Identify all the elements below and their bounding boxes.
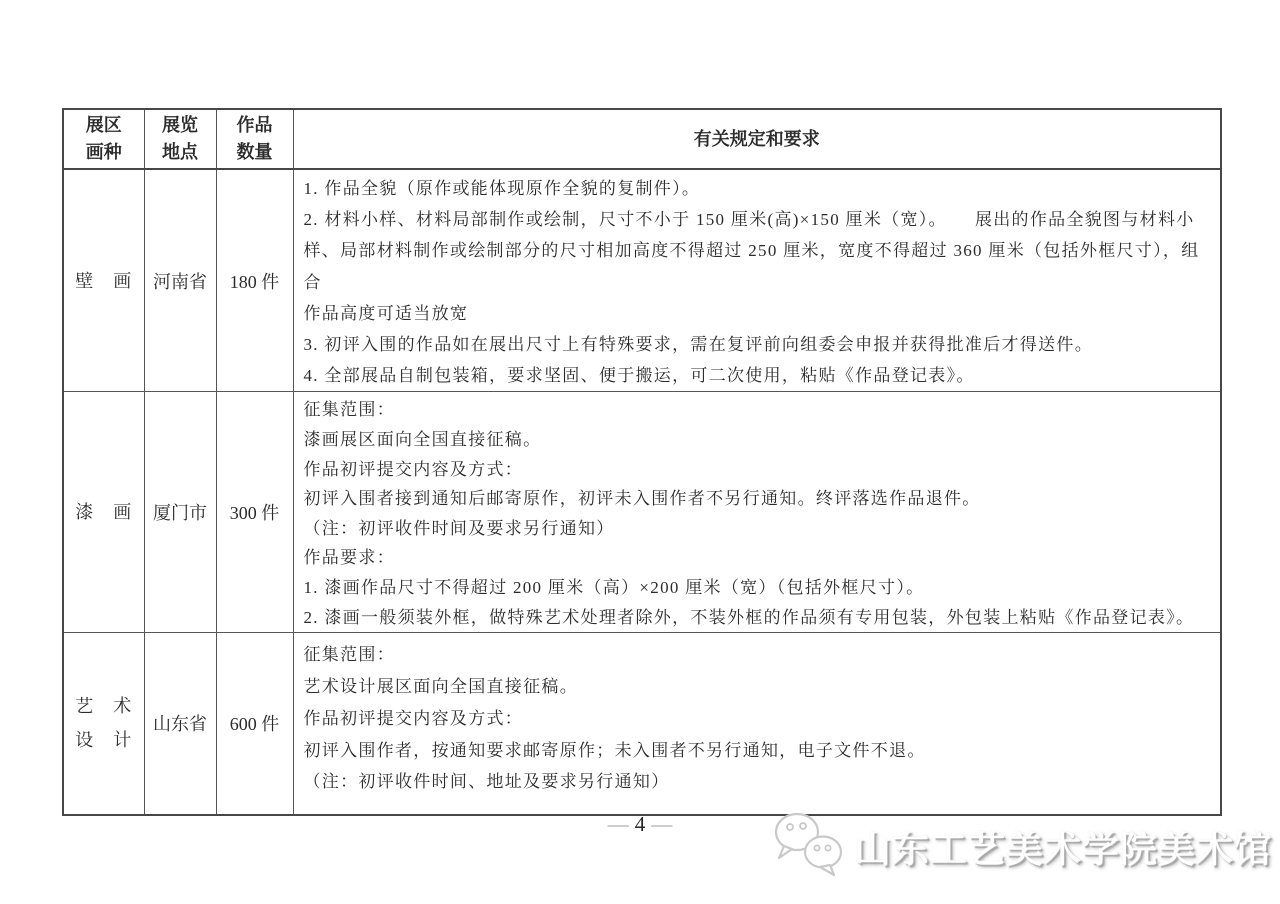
location-cell: 河南省 [144,169,216,392]
location-cell: 厦门市 [144,392,216,633]
requirements-cell: 征集范围： 漆画展区面向全国直接征稿。 作品初评提交内容及方式： 初评入围者接到… [293,392,1221,633]
table-header-row: 展区 画种 展览 地点 作品 数量 有关规定和要求 [63,109,1221,169]
requirement-line: 2. 漆画一般须装外框，做特殊艺术处理者除外，不装外框的作品须有专用包装，外包装… [304,603,1213,633]
requirements-cell: 1. 作品全貌（原作或能体现原作全貌的复制件）。 2. 材料小样、材料局部制作或… [293,169,1221,392]
requirement-line: 初评入围者接到通知后邮寄原作，初评未入围作者不另行通知。终评落选作品退件。 [304,484,1213,514]
category-label: 设 计 [64,723,144,757]
category-label: 漆 画 [64,495,144,529]
requirement-line: 征集范围： [304,395,1213,425]
category-cell: 艺 术 设 计 [63,633,144,815]
category-cell: 壁 画 [63,169,144,392]
requirement-line: 3. 初评入围的作品如在展出尺寸上有特殊要求，需在复评前向组委会申报并获得批准后… [304,329,1213,360]
quantity-cell: 300 件 [216,392,293,633]
requirement-line: 1. 作品全貌（原作或能体现原作全貌的复制件）。 [304,173,1213,204]
category-label: 艺 术 [64,689,144,723]
header-line: 展区 [64,112,144,139]
header-line: 展览 [145,112,216,139]
requirement-line: 作品要求： [304,543,1213,573]
category-label: 壁 画 [64,264,144,298]
header-work-quantity: 作品 数量 [216,109,293,169]
header-line: 数量 [217,139,293,166]
watermark-text: 山东工艺美术学院美术馆 [854,819,1272,873]
quantity-cell: 600 件 [216,633,293,815]
table-row-art-design: 艺 术 设 计 山东省 600 件 征集范围： 艺术设计展区面向全国直接征稿。 … [63,633,1221,815]
requirement-line: （注：初评收件时间及要求另行通知） [304,514,1213,544]
header-line: 地点 [145,139,216,166]
watermark: 山东工艺美术学院美术馆 [770,808,1272,883]
table-row-lacquer: 漆 画 厦门市 300 件 征集范围： 漆画展区面向全国直接征稿。 作品初评提交… [63,392,1221,633]
requirement-line: （注：初评收件时间、地址及要求另行通知） [304,766,1213,798]
header-exhibit-location: 展览 地点 [144,109,216,169]
requirement-line: 初评入围作者，按通知要求邮寄原作；未入围者不另行通知，电子文件不退。 [304,735,1213,767]
header-exhibit-category: 展区 画种 [63,109,144,169]
header-line: 画种 [64,139,144,166]
requirement-line: 2. 材料小样、材料局部制作或绘制，尺寸不小于 150 厘米(高)×150 厘米… [304,204,1213,235]
requirement-line: 征集范围： [304,639,1213,671]
page-number-value: 4 [629,812,652,836]
requirement-line: 4. 全部展品自制包装箱，要求坚固、便于搬运，可二次使用，粘贴《作品登记表》。 [304,360,1213,391]
requirement-line: 作品初评提交内容及方式： [304,455,1213,485]
requirement-line: 作品高度可适当放宽 [304,298,1213,329]
requirement-line: 作品初评提交内容及方式： [304,703,1213,735]
requirement-line: 1. 漆画作品尺寸不得超过 200 厘米（高）×200 厘米（宽）（包括外框尺寸… [304,573,1213,603]
requirements-cell: 征集范围： 艺术设计展区面向全国直接征稿。 作品初评提交内容及方式： 初评入围作… [293,633,1221,815]
requirement-line: 样、局部材料制作或绘制部分的尺寸相加高度不得超过 250 厘米，宽度不得超过 3… [304,235,1213,297]
document-page: { "table": { "header": { "col1_line1": "… [0,0,1280,904]
requirement-line: 漆画展区面向全国直接征稿。 [304,425,1213,455]
requirements-table: 展区 画种 展览 地点 作品 数量 有关规定和要求 壁 画 河南省 180 件 … [62,108,1222,816]
location-cell: 山东省 [144,633,216,815]
requirement-line: 艺术设计展区面向全国直接征稿。 [304,671,1213,703]
page-number-right-dash: — [651,812,672,836]
wechat-icon [770,808,848,883]
page-number-left-dash: — [608,812,629,836]
category-cell: 漆 画 [63,392,144,633]
header-regulations: 有关规定和要求 [293,109,1221,169]
table-row-mural: 壁 画 河南省 180 件 1. 作品全貌（原作或能体现原作全貌的复制件）。 2… [63,169,1221,392]
quantity-cell: 180 件 [216,169,293,392]
header-line: 作品 [217,112,293,139]
